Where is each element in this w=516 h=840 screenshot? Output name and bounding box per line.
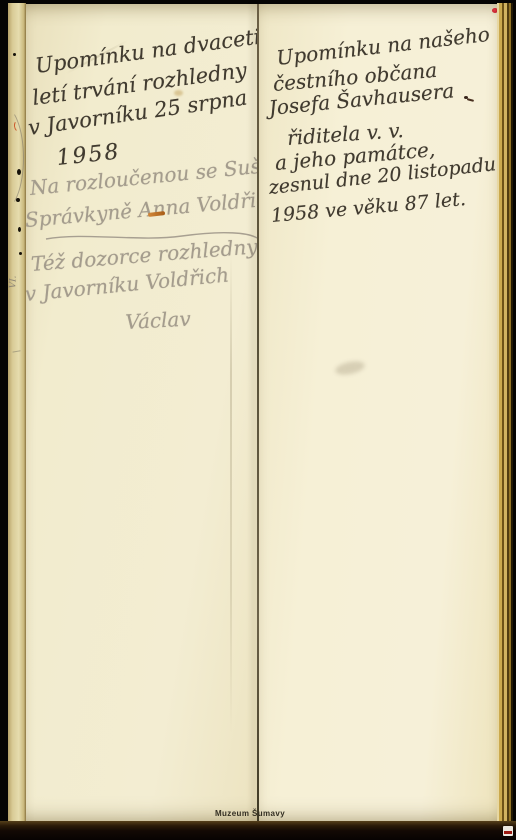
left-page: Upomínku na dvaceti letí trvání rozhledn… <box>26 4 259 823</box>
book-edge-stripes <box>497 3 516 825</box>
pencil-tick-mark <box>11 344 20 352</box>
margin-note: VI. <box>8 275 18 288</box>
ink-speck <box>19 252 22 255</box>
pencil-line: Václav <box>125 307 192 334</box>
page-crease <box>230 254 232 734</box>
red-bar-badge-icon <box>503 826 513 836</box>
scanned-book-page: VI. Upomínku na dvaceti letí trvání rozh… <box>0 0 516 840</box>
ink-speck <box>18 227 21 232</box>
red-bar <box>504 831 512 834</box>
bottom-border <box>0 821 516 840</box>
ink-line: 1958 <box>55 139 121 171</box>
paper-smudge <box>334 359 366 377</box>
ink-speck <box>17 169 21 175</box>
archive-caption: Muzeum Šumavy <box>214 809 286 818</box>
ink-speck <box>16 198 20 202</box>
ink-speck <box>13 53 16 56</box>
right-page: Upomínku na našeho čestního občana Josef… <box>259 4 497 823</box>
